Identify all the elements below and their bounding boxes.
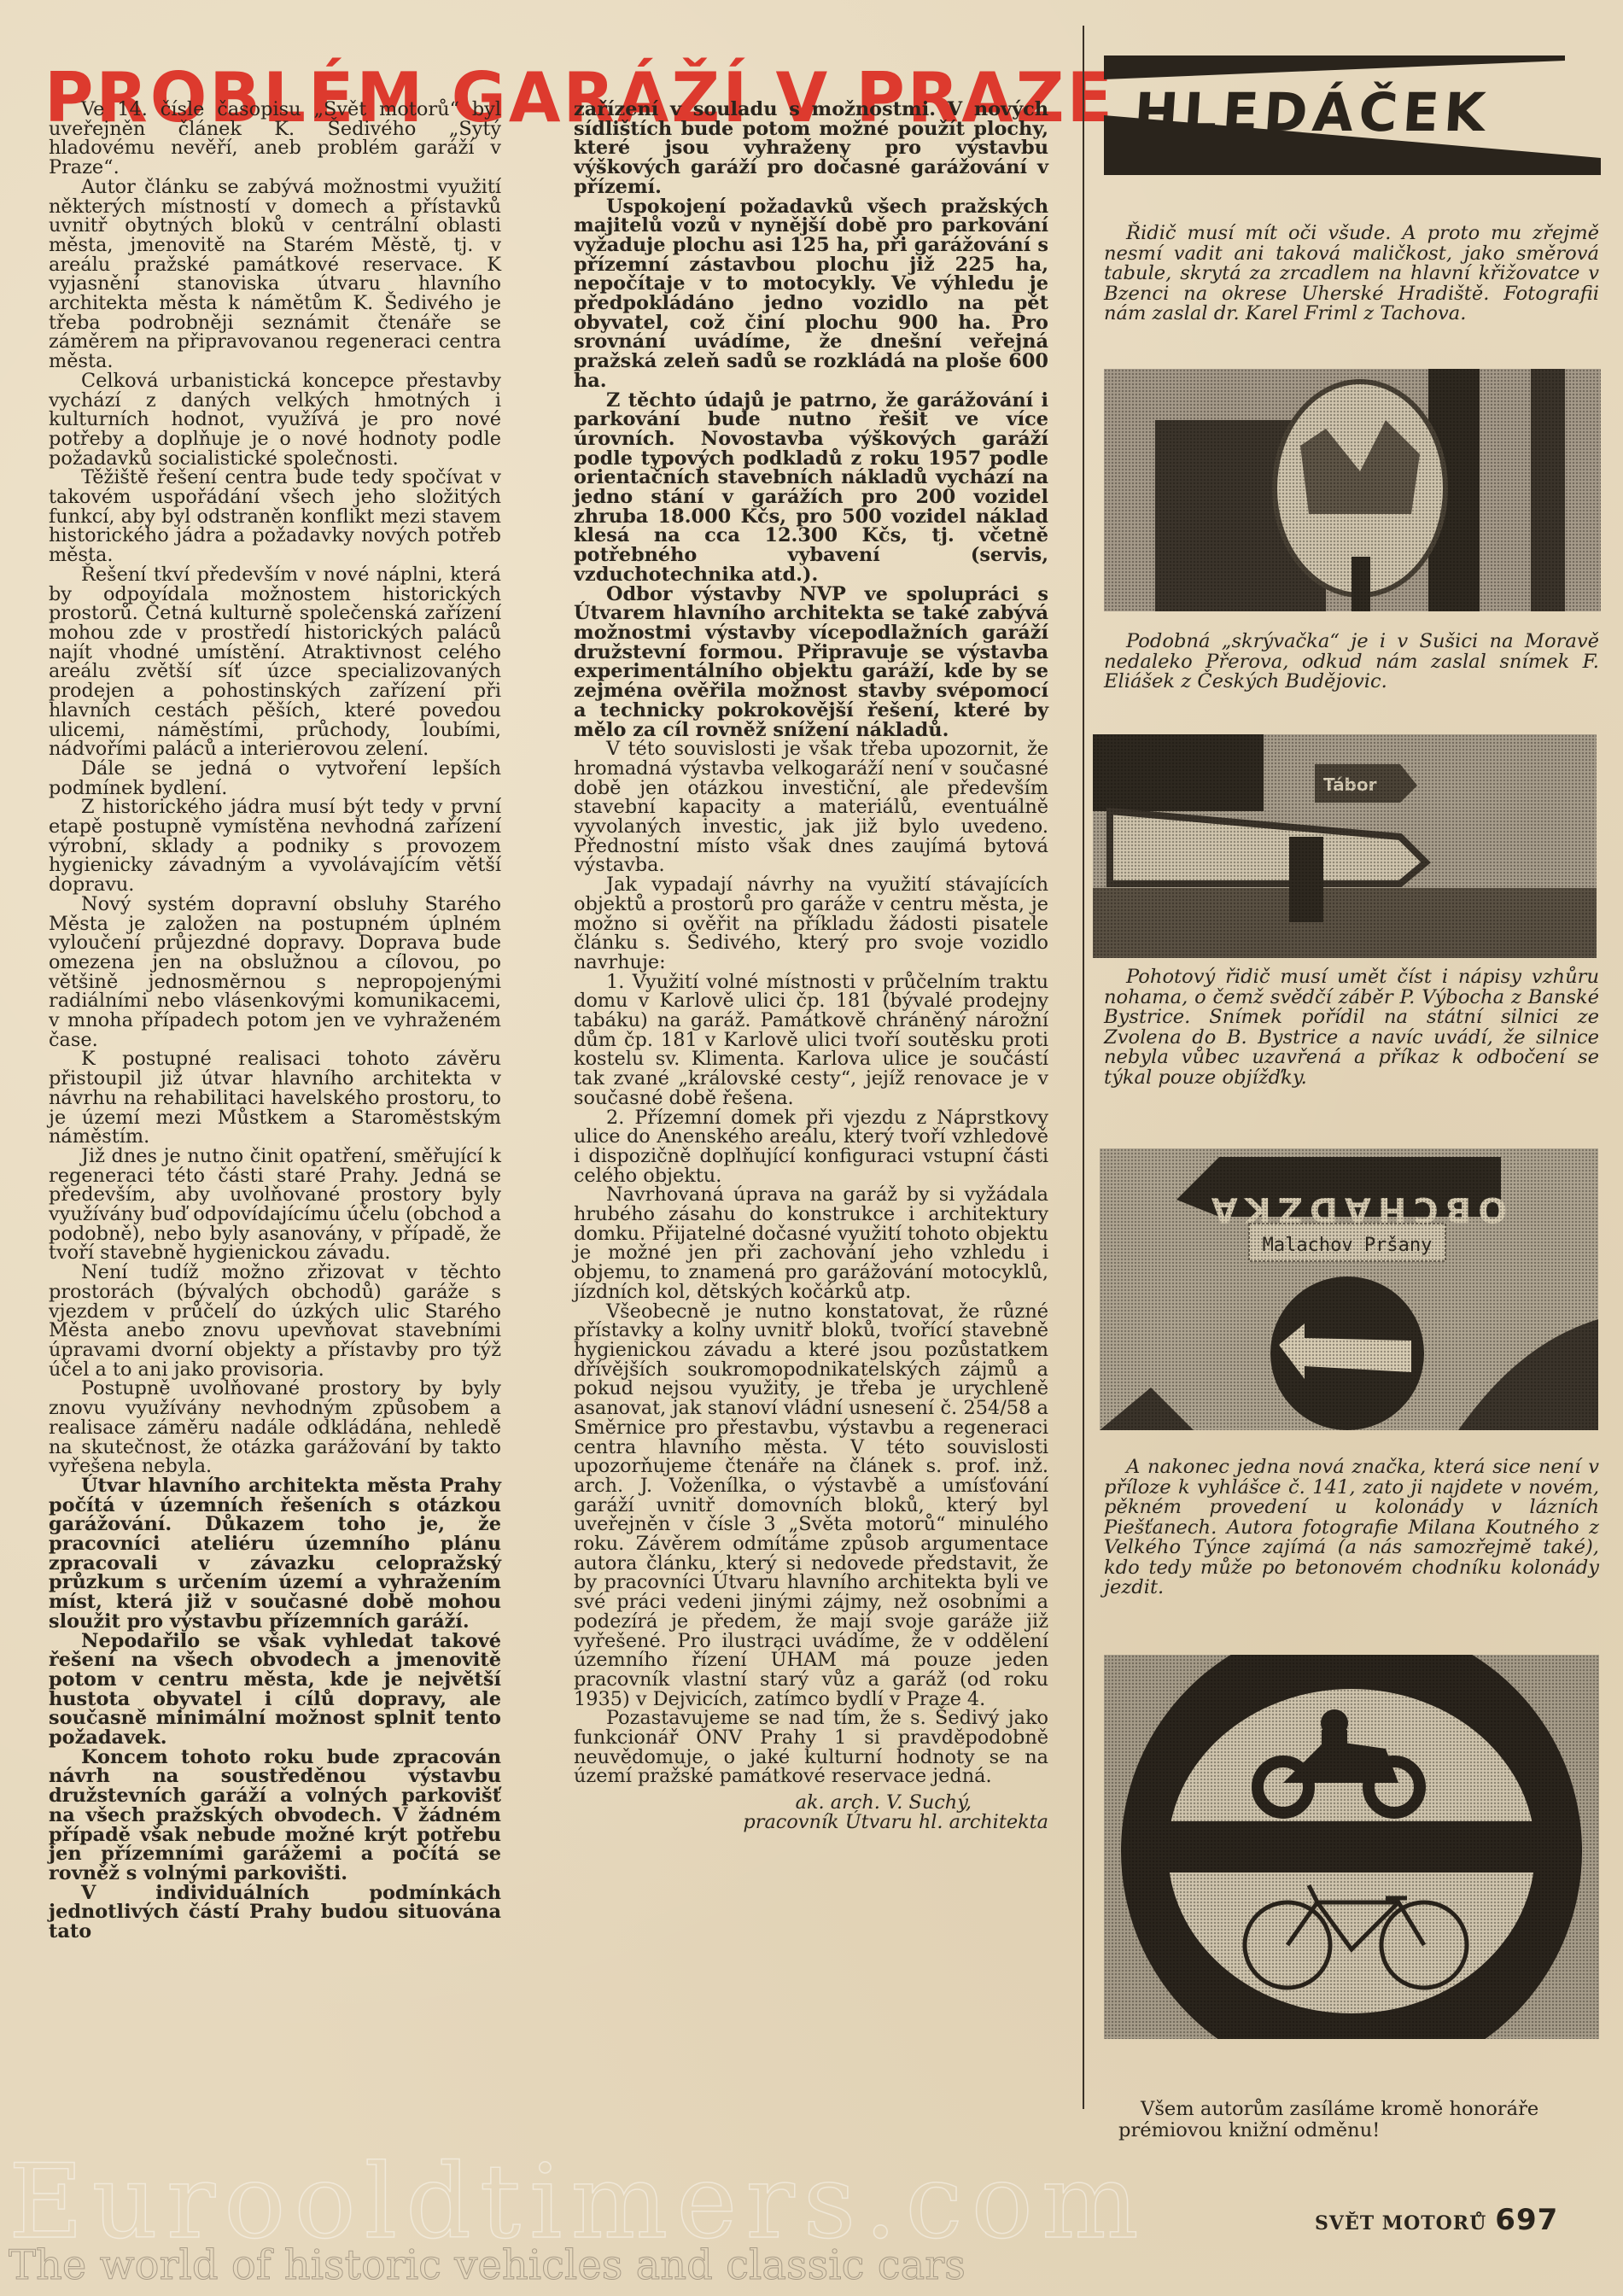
upside-down-sign-photo: OBCHÁDZKA Malachov Pršany	[1100, 1148, 1598, 1430]
article-paragraph: Útvar hlavního architekta města Prahy po…	[49, 1476, 501, 1632]
article-paragraph: Koncem tohoto roku bude zpracován návrh …	[49, 1748, 501, 1884]
hledacek-banner: HLEDÁČEK	[1104, 56, 1601, 175]
article-left-column: Ve 14. čísle časopisu „Svět motorů“ byl …	[49, 100, 501, 1942]
article-paragraph: Nepodařilo se však vyhledat takové řešen…	[49, 1632, 501, 1748]
magazine-name: SVĚT MOTORŮ	[1315, 2212, 1486, 2235]
svg-text:Tábor: Tábor	[1323, 774, 1377, 795]
caption-1: Řidič musí mít oči všude. A proto mu zře…	[1104, 224, 1599, 324]
article-paragraph: Autor článku se zabývá možnostmi využití…	[49, 178, 501, 371]
article-paragraph: Není tudíž možno zřizovat v těchto prost…	[49, 1263, 501, 1379]
article-paragraph: Všeobecně je nutno konstatovat, že různé…	[574, 1302, 1048, 1709]
caption-text: Pohotový řidič musí umět číst i nápisy v…	[1104, 967, 1599, 1088]
article-paragraph: Z těchto údajů je patrno, že garážování …	[574, 391, 1048, 585]
article-middle-column: zařízení v souladu s možnostmi. V nových…	[574, 100, 1048, 1832]
article-paragraph: Jak vypadají návrhy na využití stávající…	[574, 875, 1048, 973]
article-paragraph: V individuálních podmínkách jednotlivých…	[49, 1884, 501, 1942]
closing-note: Všem autorům zasíláme kromě honoráře pré…	[1118, 2099, 1597, 2141]
hidden-signpost-photo: Tábor	[1093, 734, 1597, 958]
banner-graphic: HLEDÁČEK	[1104, 56, 1601, 175]
caption-text: Podobná „skrývačka“ je i v Sušici na Mor…	[1104, 632, 1599, 692]
article-paragraph: Těžiště řešení centra bude tedy spočívat…	[49, 468, 501, 565]
page-number: 697	[1495, 2203, 1558, 2237]
article-paragraph: Pozastavujeme se nad tím, že s. Šedivý j…	[574, 1709, 1048, 1786]
article-paragraph: zařízení v souladu s možnostmi. V nových…	[574, 100, 1048, 197]
article-paragraph: Navrhovaná úprava na garáž by si vyžádal…	[574, 1185, 1048, 1301]
closing-note-text: Všem autorům zasíláme kromě honoráře pré…	[1118, 2099, 1597, 2141]
caption-text: Řidič musí mít oči všude. A proto mu zře…	[1104, 224, 1599, 324]
article-paragraph: V této souvislosti je však třeba upozorn…	[574, 739, 1048, 875]
article-paragraph: Řešení tkví především v nové náplni, kte…	[49, 565, 501, 759]
column-divider	[1083, 26, 1084, 2109]
article-paragraph: Celková urbanistická koncepce přestavby …	[49, 371, 501, 469]
article-paragraph: Ve 14. čísle časopisu „Svět motorů“ byl …	[49, 100, 501, 178]
watermark-tagline: The world of historic vehicles and class…	[9, 2241, 966, 2289]
caption-4: A nakonec jedna nová značka, která sice …	[1104, 1458, 1599, 1598]
caption-2: Podobná „skrývačka“ je i v Sušici na Mor…	[1104, 632, 1599, 692]
town-sign-text: Malachov Pršany	[1263, 1235, 1433, 1256]
motorcycle-bicycle-sign-photo	[1104, 1655, 1599, 2039]
article-paragraph: Již dnes je nutno činit opatření, směřuj…	[49, 1147, 501, 1263]
banner-title: HLEDÁČEK	[1132, 81, 1492, 143]
article-paragraph: Odbor výstavby NVP ve spolupráci s Útvar…	[574, 585, 1048, 740]
article-paragraph: K postupné realisaci tohoto závěru přist…	[49, 1049, 501, 1147]
article-paragraph: Nový systém dopravní obsluhy Starého Měs…	[49, 895, 501, 1050]
caption-3: Pohotový řidič musí umět číst i nápisy v…	[1104, 967, 1599, 1088]
author-role: pracovník Útvaru hl. architekta	[574, 1813, 1048, 1832]
article-paragraph: 1. Využití volné místnosti v průčelním t…	[574, 973, 1048, 1108]
page-footer: SVĚT MOTORŮ697	[1315, 2203, 1558, 2237]
article-paragraph: Postupně uvolňované prostory by byly zno…	[49, 1379, 501, 1476]
article-paragraph: Z historického jádra musí být tedy v prv…	[49, 797, 501, 895]
author-signature: ak. arch. V. Suchý,	[574, 1793, 1048, 1813]
article-paragraph: Dále se jedná o vytvoření lepších podmín…	[49, 759, 501, 797]
caption-text: A nakonec jedna nová značka, která sice …	[1104, 1458, 1599, 1598]
article-paragraph: 2. Přízemní domek při vjezdu z Náprstkov…	[574, 1108, 1048, 1186]
mirror-hiding-sign-photo	[1104, 369, 1601, 611]
article-paragraph: Uspokojení požadavků všech pražských maj…	[574, 197, 1048, 391]
